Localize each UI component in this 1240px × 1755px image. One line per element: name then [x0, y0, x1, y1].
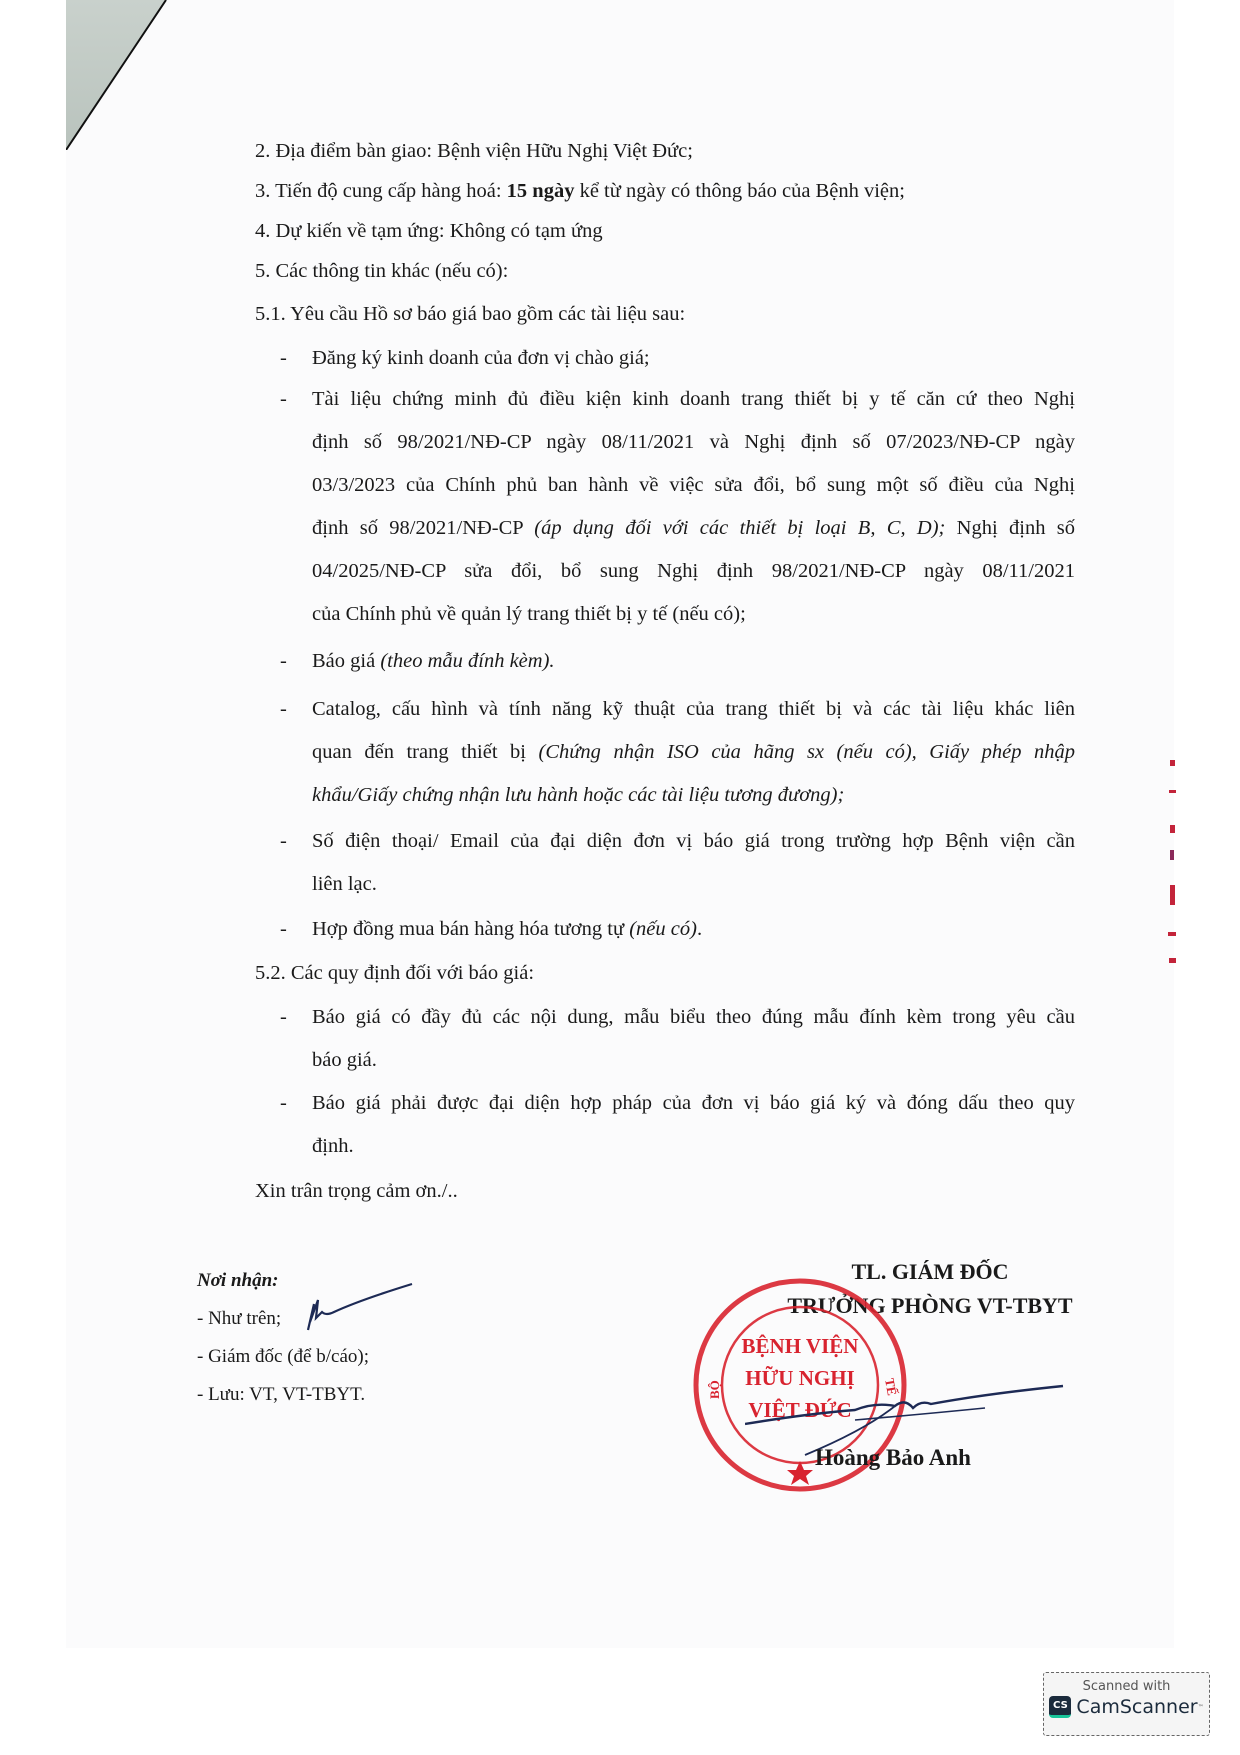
camscanner-watermark: Scanned with CS CamScanner™ — [1043, 1672, 1210, 1736]
bullet-dash: - — [280, 1006, 287, 1029]
camscanner-logo-icon: CS — [1049, 1696, 1071, 1718]
bullet-dash: - — [280, 650, 287, 673]
signer-name: Hoàng Bảo Anh — [815, 1445, 971, 1471]
watermark-caption: Scanned with — [1044, 1679, 1209, 1694]
bullet-dash: - — [280, 1092, 287, 1115]
delivery-days: 15 ngày — [507, 180, 575, 202]
closing-text: Xin trân trọng cảm ơn./.. — [255, 1180, 458, 1203]
stamp-line: BỆNH VIỆN — [742, 1334, 859, 1358]
bullet-dash: - — [280, 918, 287, 941]
bullet-dash: - — [280, 388, 287, 411]
item-5: 5. Các thông tin khác (nếu có): — [255, 260, 508, 283]
section-5-1-heading: 5.1. Yêu cầu Hồ sơ báo giá bao gồm các t… — [255, 303, 685, 326]
recipient-item: - Lưu: VT, VT-TBYT. — [197, 1376, 369, 1414]
initials-signature — [300, 1282, 420, 1337]
watermark-brand: CamScanner — [1076, 1696, 1197, 1718]
stamp-ring-text: BỘ — [707, 1380, 722, 1399]
stamp-star-icon — [787, 1461, 813, 1485]
recipient-item: - Giám đốc (để b/cáo); — [197, 1338, 369, 1376]
item-2: 2. Địa điểm bàn giao: Bệnh viện Hữu Nghị… — [255, 140, 693, 163]
bullet-dash: - — [280, 347, 287, 370]
section-5-2-heading: 5.2. Các quy định đối với báo giá: — [255, 962, 534, 985]
bullet-dash: - — [280, 698, 287, 721]
bullet-dash: - — [280, 830, 287, 853]
item-3: 3. Tiến độ cung cấp hàng hoá: 15 ngày kể… — [255, 180, 905, 203]
stamp-edge-marks — [1166, 750, 1178, 980]
item-4: 4. Dự kiến về tạm ứng: Không có tạm ứng — [255, 220, 603, 243]
